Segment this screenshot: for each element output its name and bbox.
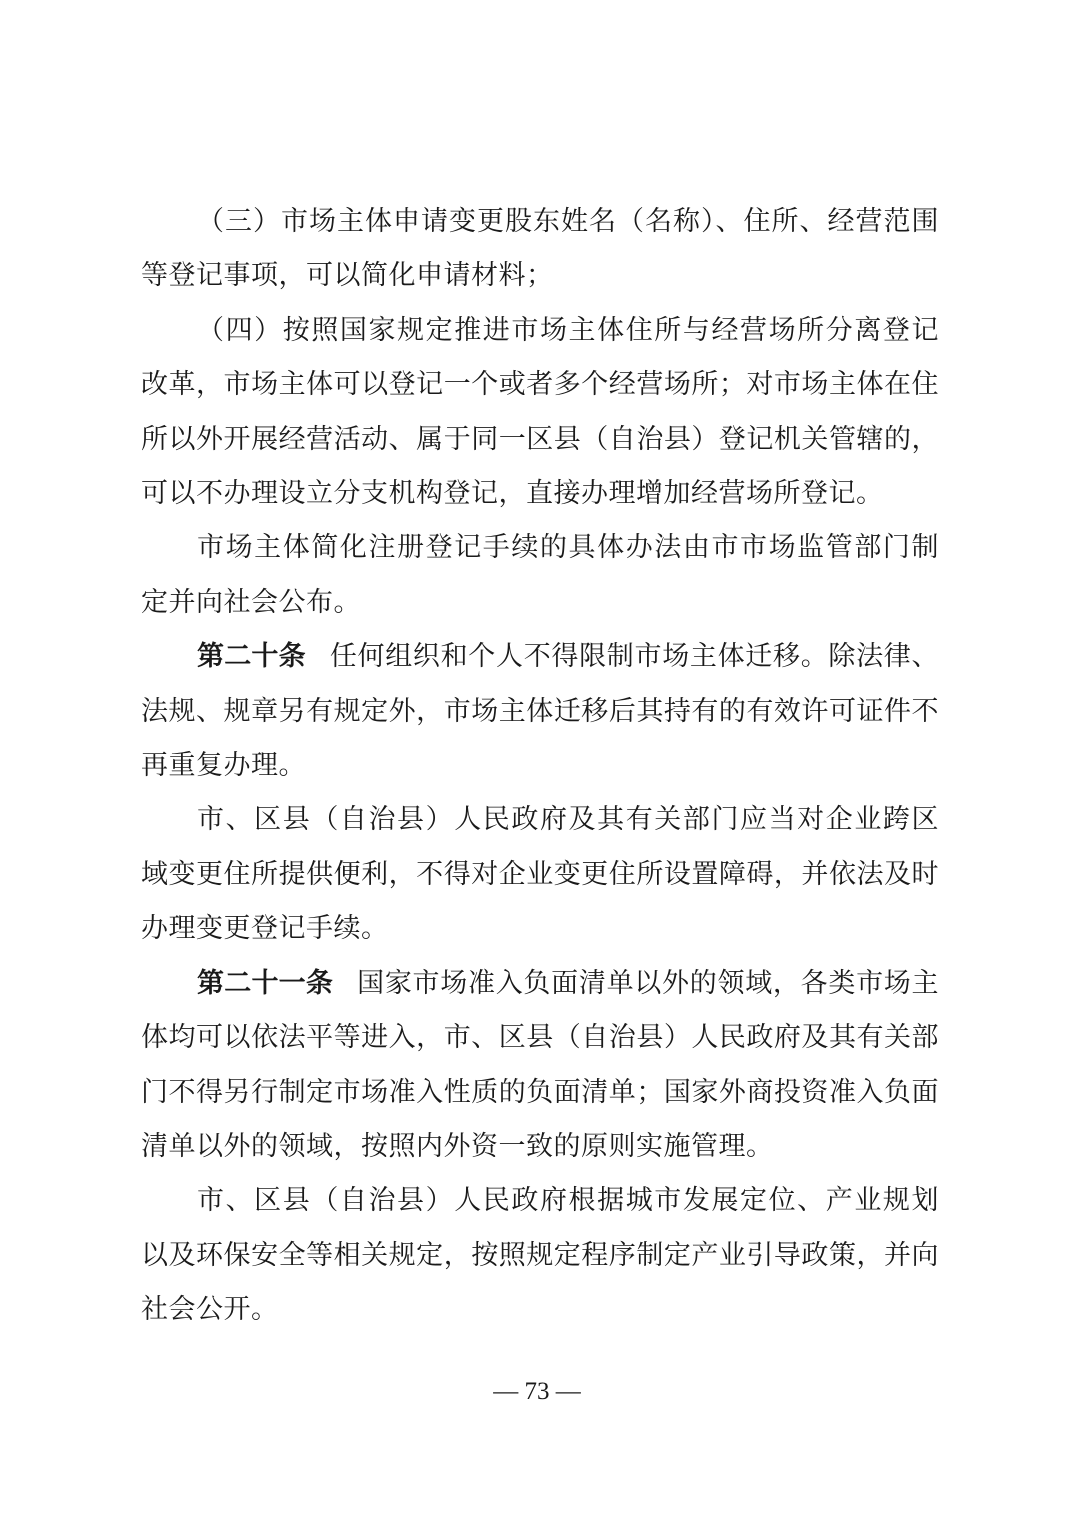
article-20-heading: 第二十条: [197, 641, 306, 672]
article-20: 第二十条任何组织和个人不得限制市场主体迁移。除法律、法规、规章另有规定外，市场主…: [141, 630, 939, 793]
page-number: — 73 —: [0, 1378, 1074, 1406]
article-21-heading: 第二十一条: [197, 968, 333, 999]
paragraph-item-4: （四）按照国家规定推进市场主体住所与经营场所分离登记改革，市场主体可以登记一个或…: [141, 304, 939, 522]
paragraph-item-3: （三）市场主体申请变更股东姓名（名称）、住所、经营范围等登记事项，可以简化申请材…: [141, 195, 939, 304]
article-21: 第二十一条国家市场准入负面清单以外的领域，各类市场主体均可以依法平等进入，市、区…: [141, 957, 939, 1175]
paragraph-relocation-convenience: 市、区县（自治县）人民政府及其有关部门应当对企业跨区域变更住所提供便利，不得对企…: [141, 793, 939, 956]
paragraph-simplified-registration: 市场主体简化注册登记手续的具体办法由市市场监管部门制定并向社会公布。: [141, 521, 939, 630]
document-page-body: （三）市场主体申请变更股东姓名（名称）、住所、经营范围等登记事项，可以简化申请材…: [141, 195, 939, 1338]
paragraph-industry-guidance: 市、区县（自治县）人民政府根据城市发展定位、产业规划以及环保安全等相关规定，按照…: [141, 1174, 939, 1337]
